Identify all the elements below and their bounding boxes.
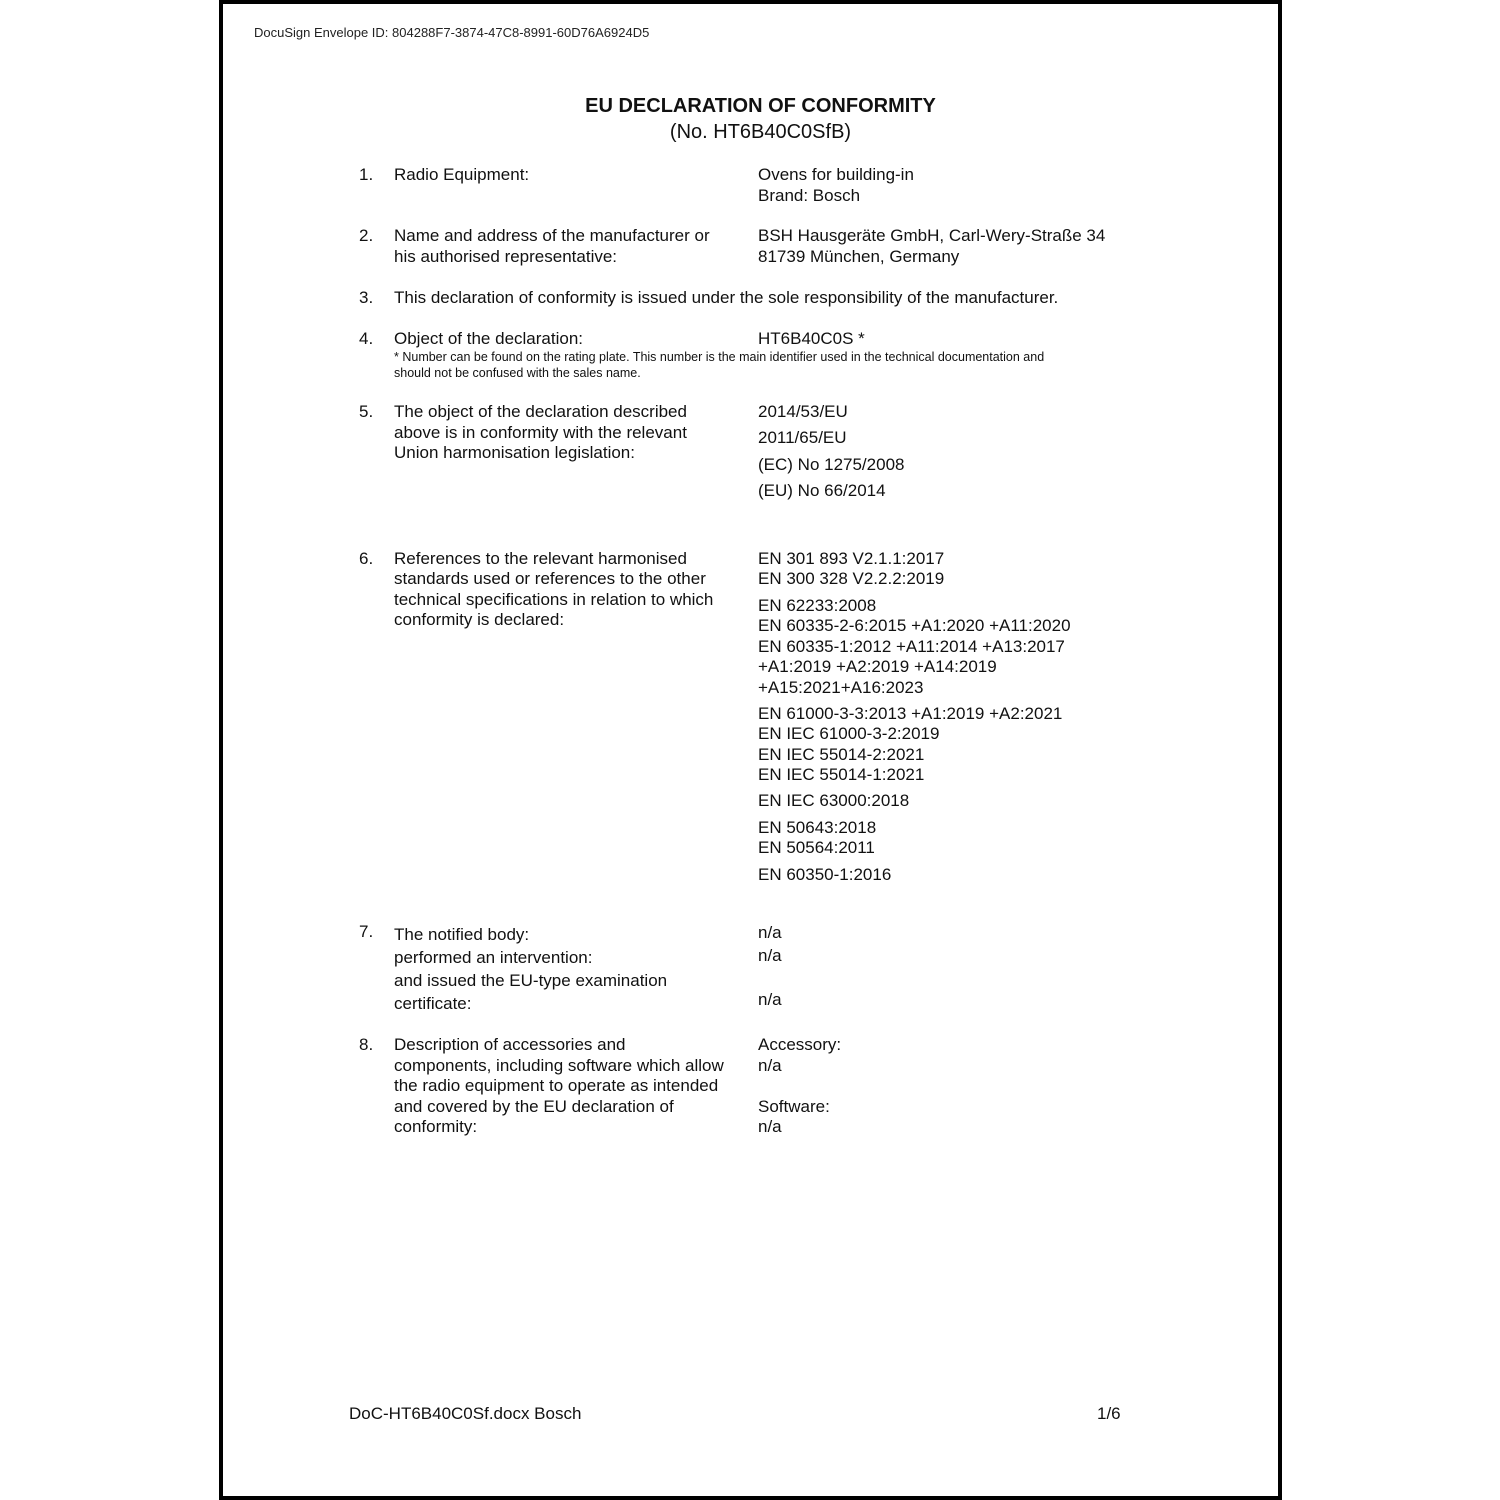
section-label: above is in conformity with the relevant (394, 423, 687, 444)
section-label: and issued the EU-type examination (394, 971, 667, 992)
section-text: This declaration of conformity is issued… (394, 288, 1058, 309)
legislation-item: (EC) No 1275/2008 (758, 455, 904, 476)
section-value: BSH Hausgeräte GmbH, Carl-Wery-Straße 34 (758, 226, 1105, 247)
section-label: components, including software which all… (394, 1056, 724, 1077)
accessory-label: Accessory: (758, 1035, 841, 1056)
standard-item: EN IEC 55014-2:2021 (758, 745, 924, 766)
section-number: 5. (359, 402, 373, 422)
document-title: EU DECLARATION OF CONFORMITY (223, 95, 1298, 118)
section-label: his authorised representative: (394, 247, 617, 268)
section-label: conformity is declared: (394, 610, 564, 631)
section-label: conformity: (394, 1117, 477, 1138)
standard-item: EN IEC 63000:2018 (758, 791, 909, 812)
footnote: * Number can be found on the rating plat… (394, 349, 1044, 365)
section-number: 4. (359, 329, 373, 349)
legislation-item: (EU) No 66/2014 (758, 481, 886, 502)
section-label: the radio equipment to operate as intend… (394, 1076, 718, 1097)
footer-filename: DoC-HT6B40C0Sf.docx Bosch (349, 1404, 581, 1424)
section-number: 6. (359, 549, 373, 569)
standard-item: EN IEC 61000-3-2:2019 (758, 724, 939, 745)
section-label: Object of the declaration: (394, 329, 583, 350)
section-label: and covered by the EU declaration of (394, 1097, 674, 1118)
page-number: 1/6 (1097, 1404, 1121, 1424)
section-label: Description of accessories and (394, 1035, 626, 1056)
document-number: (No. HT6B40C0SfB) (223, 121, 1298, 144)
software-value: n/a (758, 1117, 782, 1138)
standard-item: +A1:2019 +A2:2019 +A14:2019 (758, 657, 997, 678)
standard-item: EN 62233:2008 (758, 596, 876, 617)
section-label: References to the relevant harmonised (394, 549, 687, 570)
standard-item: EN IEC 55014-1:2021 (758, 765, 924, 786)
section-value: Brand: Bosch (758, 186, 860, 207)
legislation-item: 2014/53/EU (758, 402, 848, 423)
accessory-value: n/a (758, 1056, 782, 1077)
software-label: Software: (758, 1097, 830, 1118)
standard-item: EN 301 893 V2.1.1:2017 (758, 549, 944, 570)
section-value: n/a (758, 923, 782, 944)
section-number: 1. (359, 165, 373, 185)
footnote: should not be confused with the sales na… (394, 365, 641, 381)
section-value: n/a (758, 946, 782, 967)
section-value: n/a (758, 990, 782, 1011)
standard-item: EN 60350-1:2016 (758, 865, 891, 886)
section-value: 81739 München, Germany (758, 247, 959, 268)
section-label: Radio Equipment: (394, 165, 529, 186)
section-label: Union harmonisation legislation: (394, 443, 635, 464)
section-label: The notified body: (394, 925, 529, 946)
section-number: 8. (359, 1035, 373, 1055)
section-label: performed an intervention: (394, 948, 592, 969)
section-label: standards used or references to the othe… (394, 569, 706, 590)
section-number: 3. (359, 288, 373, 308)
section-label: The object of the declaration described (394, 402, 687, 423)
legislation-item: 2011/65/EU (758, 428, 847, 449)
standard-item: EN 60335-1:2012 +A11:2014 +A13:2017 (758, 637, 1065, 658)
section-value: HT6B40C0S * (758, 329, 865, 350)
document-page: DocuSign Envelope ID: 804288F7-3874-47C8… (219, 0, 1282, 1500)
section-number: 2. (359, 226, 373, 246)
standard-item: EN 300 328 V2.2.2:2019 (758, 569, 944, 590)
standard-item: EN 60335-2-6:2015 +A1:2020 +A11:2020 (758, 616, 1071, 637)
standard-item: EN 50564:2011 (758, 838, 875, 859)
section-label: Name and address of the manufacturer or (394, 226, 710, 247)
envelope-id: DocuSign Envelope ID: 804288F7-3874-47C8… (254, 25, 649, 40)
section-value: Ovens for building-in (758, 165, 914, 186)
section-number: 7. (359, 922, 373, 942)
standard-item: EN 61000-3-3:2013 +A1:2019 +A2:2021 (758, 704, 1062, 725)
standard-item: EN 50643:2018 (758, 818, 876, 839)
section-label: certificate: (394, 994, 471, 1015)
section-label: technical specifications in relation to … (394, 590, 713, 611)
standard-item: +A15:2021+A16:2023 (758, 678, 923, 699)
